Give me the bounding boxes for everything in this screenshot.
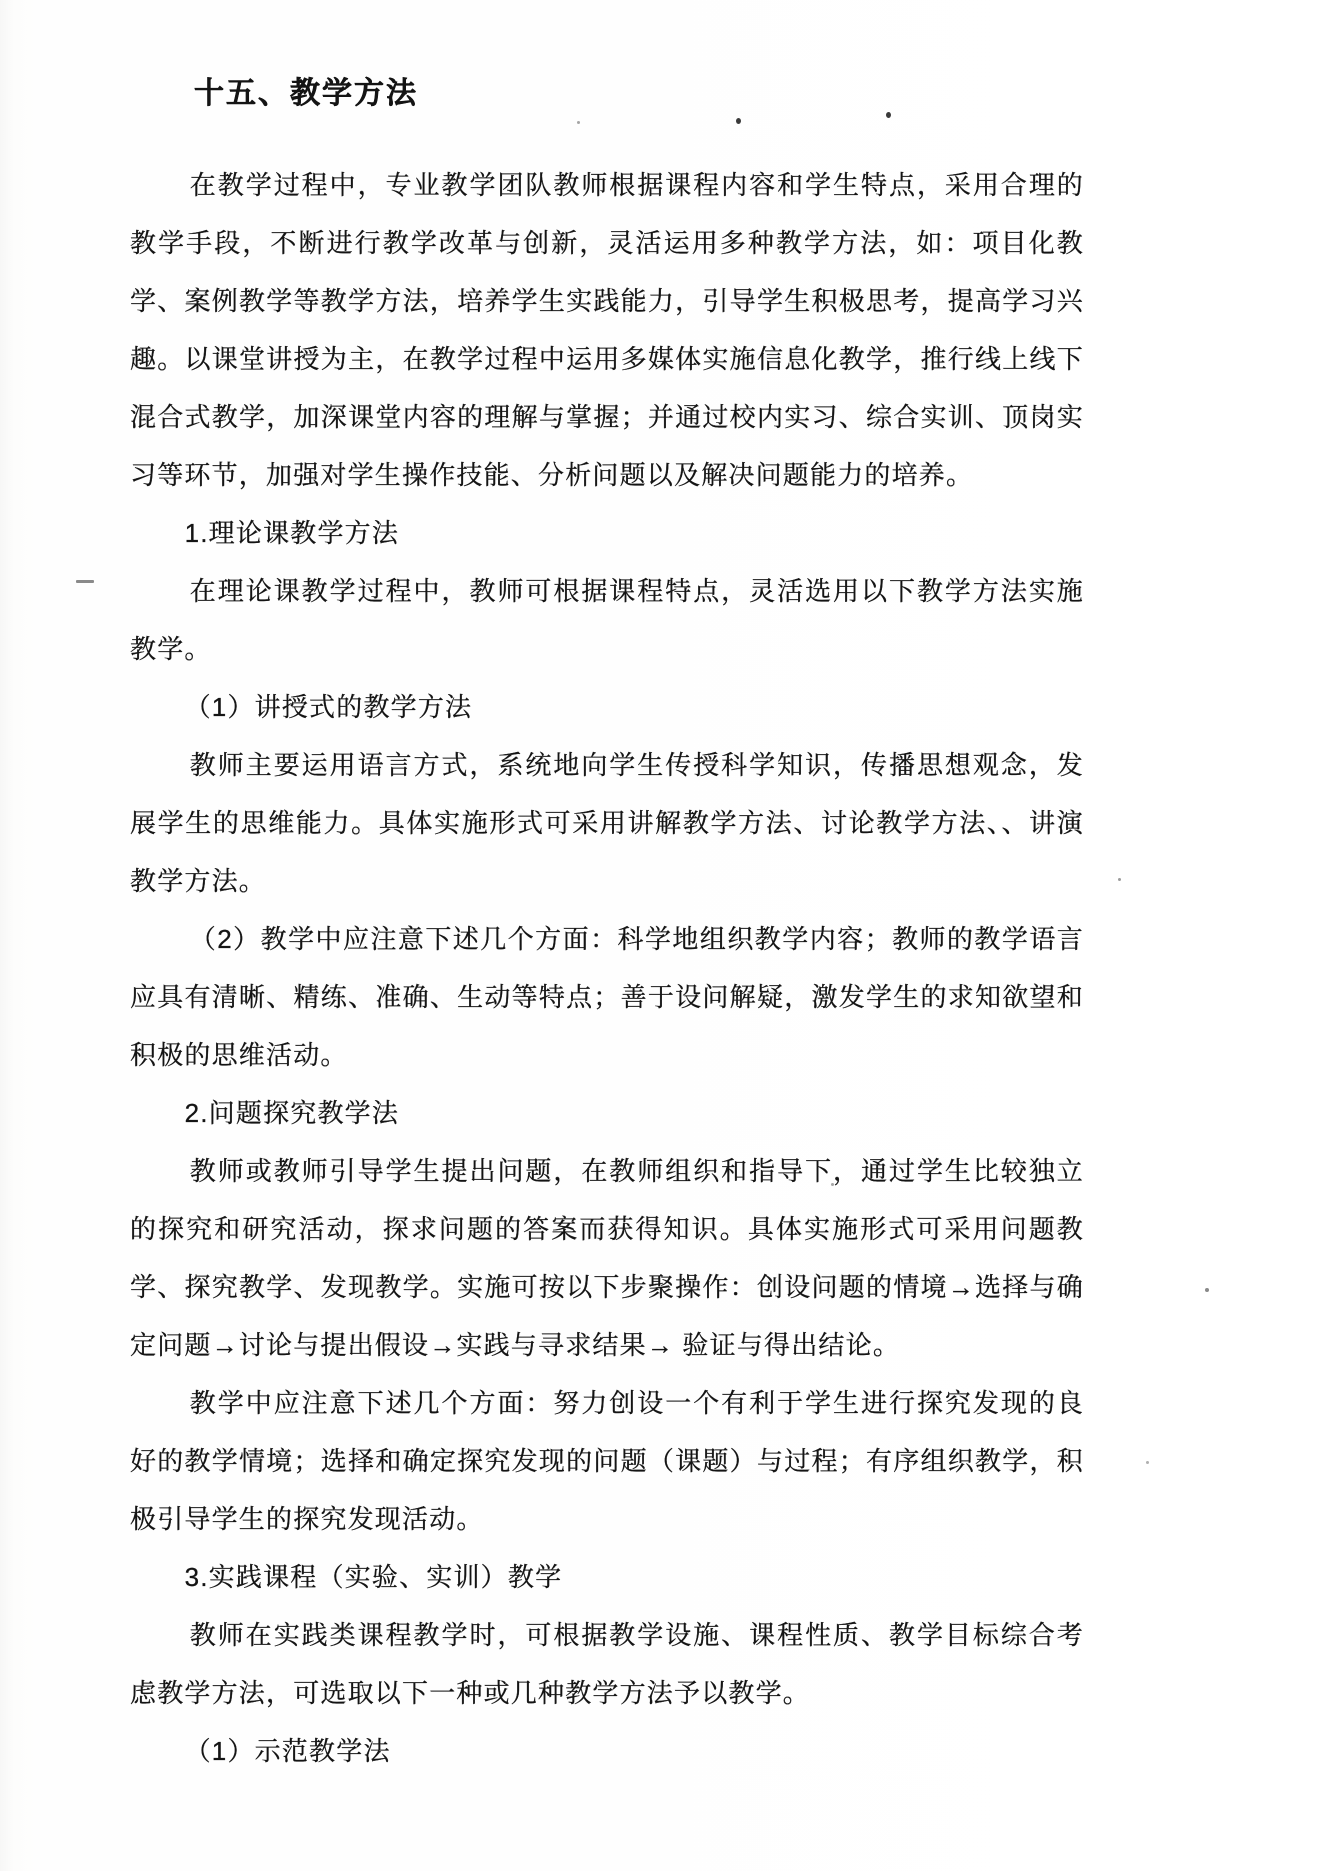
scan-speck [1118,878,1121,881]
paragraph: 教师主要运用语言方式，系统地向学生传授科学知识，传播思想观念，发展学生的思维能力… [130,736,1084,910]
scan-speck [76,580,94,583]
document-body: 在教学过程中，专业教学团队教师根据课程内容和学生特点，采用合理的教学手段，不断进… [130,156,1084,1780]
scan-speck [1205,1288,1209,1292]
paragraph: 在教学过程中，专业教学团队教师根据课程内容和学生特点，采用合理的教学手段，不断进… [130,156,1084,504]
section-heading: （1）讲授式的教学方法 [130,678,1084,736]
paragraph: 教师或教师引导学生提出问题，在教师组织和指导下，通过学生比较独立的探究和研究活动… [130,1142,1084,1374]
scan-speck [831,1183,834,1186]
section-heading: 2.问题探究教学法 [130,1084,1084,1142]
scanned-document-page: 十五、教学方法 在教学过程中，专业教学团队教师根据课程内容和学生特点，采用合理的… [0,0,1322,1871]
scan-speck [736,118,741,124]
paragraph: 在理论课教学过程中，教师可根据课程特点，灵活选用以下教学方法实施教学。 [130,562,1084,678]
section-heading: （1）示范教学法 [130,1722,1084,1780]
paragraph: 教学中应注意下述几个方面：努力创设一个有利于学生进行探究发现的良好的教学情境；选… [130,1374,1084,1548]
section-heading: 1.理论课教学方法 [130,504,1084,562]
page-title: 十五、教学方法 [194,74,1084,114]
paragraph: （2）教学中应注意下述几个方面：科学地组织教学内容；教师的教学语言应具有清晰、精… [130,910,1084,1084]
scan-speck [577,121,580,124]
paragraph: 教师在实践类课程教学时，可根据教学设施、课程性质、教学目标综合考虑教学方法，可选… [130,1606,1084,1722]
scan-speck [886,112,891,118]
scan-speck [1146,1461,1149,1464]
section-heading: 3.实践课程（实验、实训）教学 [130,1548,1084,1606]
